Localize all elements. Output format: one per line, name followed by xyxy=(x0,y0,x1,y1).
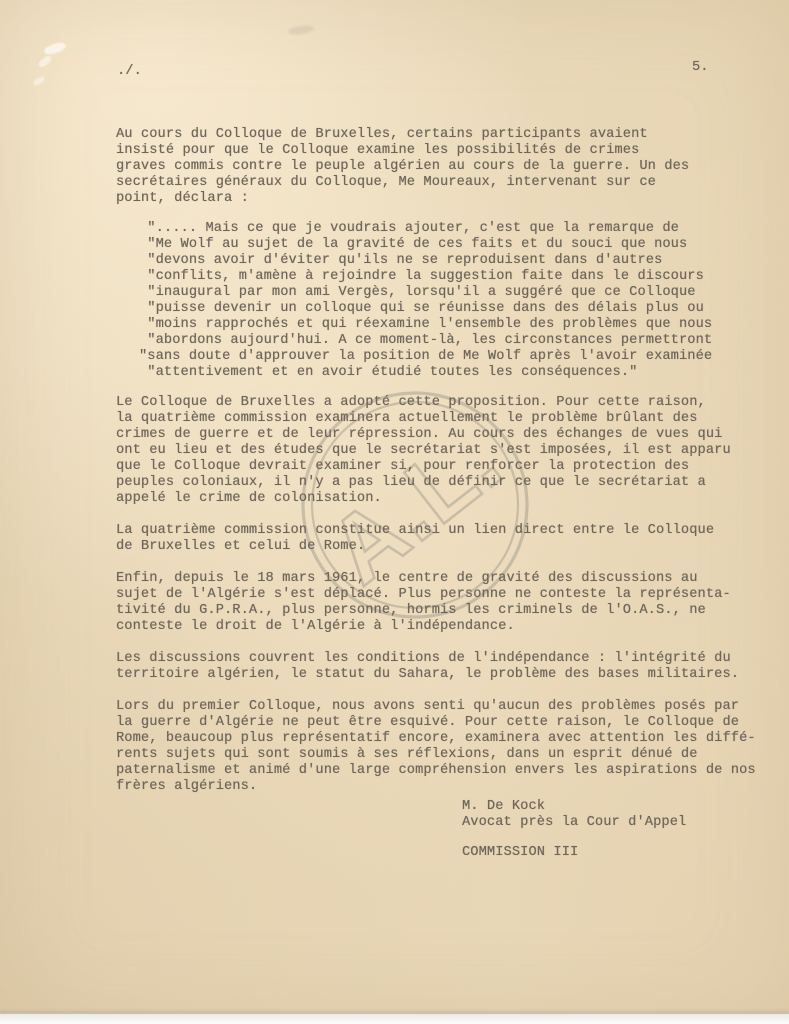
paragraph-proposition-adoptee: Le Colloque de Bruxelles a adopté cette … xyxy=(116,395,731,507)
paragraph-quatrieme-commission: La quatrième commission constitue ainsi … xyxy=(116,523,714,555)
paper-scratch xyxy=(37,54,52,68)
commission-label: COMMISSION III xyxy=(462,845,578,861)
paper-scratch xyxy=(32,75,45,86)
paragraph-conditions-independance: Les discussions couvrent les conditions … xyxy=(116,651,739,683)
scanned-document-page: A.L. ./. 5. Au cours du Colloque de Brux… xyxy=(0,0,789,1024)
paragraph-colloque-bruxelles: Au cours du Colloque de Bruxelles, certa… xyxy=(116,127,689,207)
paragraph-18-mars-1961: Enfin, depuis le 18 mars 1961, le centre… xyxy=(116,571,731,635)
continuation-mark: ./. xyxy=(117,64,142,80)
paper-smudge xyxy=(288,24,315,36)
page-number: 5. xyxy=(692,60,709,76)
scan-edge-strip xyxy=(0,1013,789,1024)
signature-name: M. De Kock xyxy=(462,799,545,815)
signature-title: Avocat près la Cour d'Appel xyxy=(462,815,686,831)
paragraph-premier-colloque: Lors du premier Colloque, nous avons sen… xyxy=(116,699,756,795)
paper-scratch xyxy=(43,41,67,56)
quoted-statement-moureaux: "..... Mais ce que je voudrais ajouter, … xyxy=(139,221,712,381)
